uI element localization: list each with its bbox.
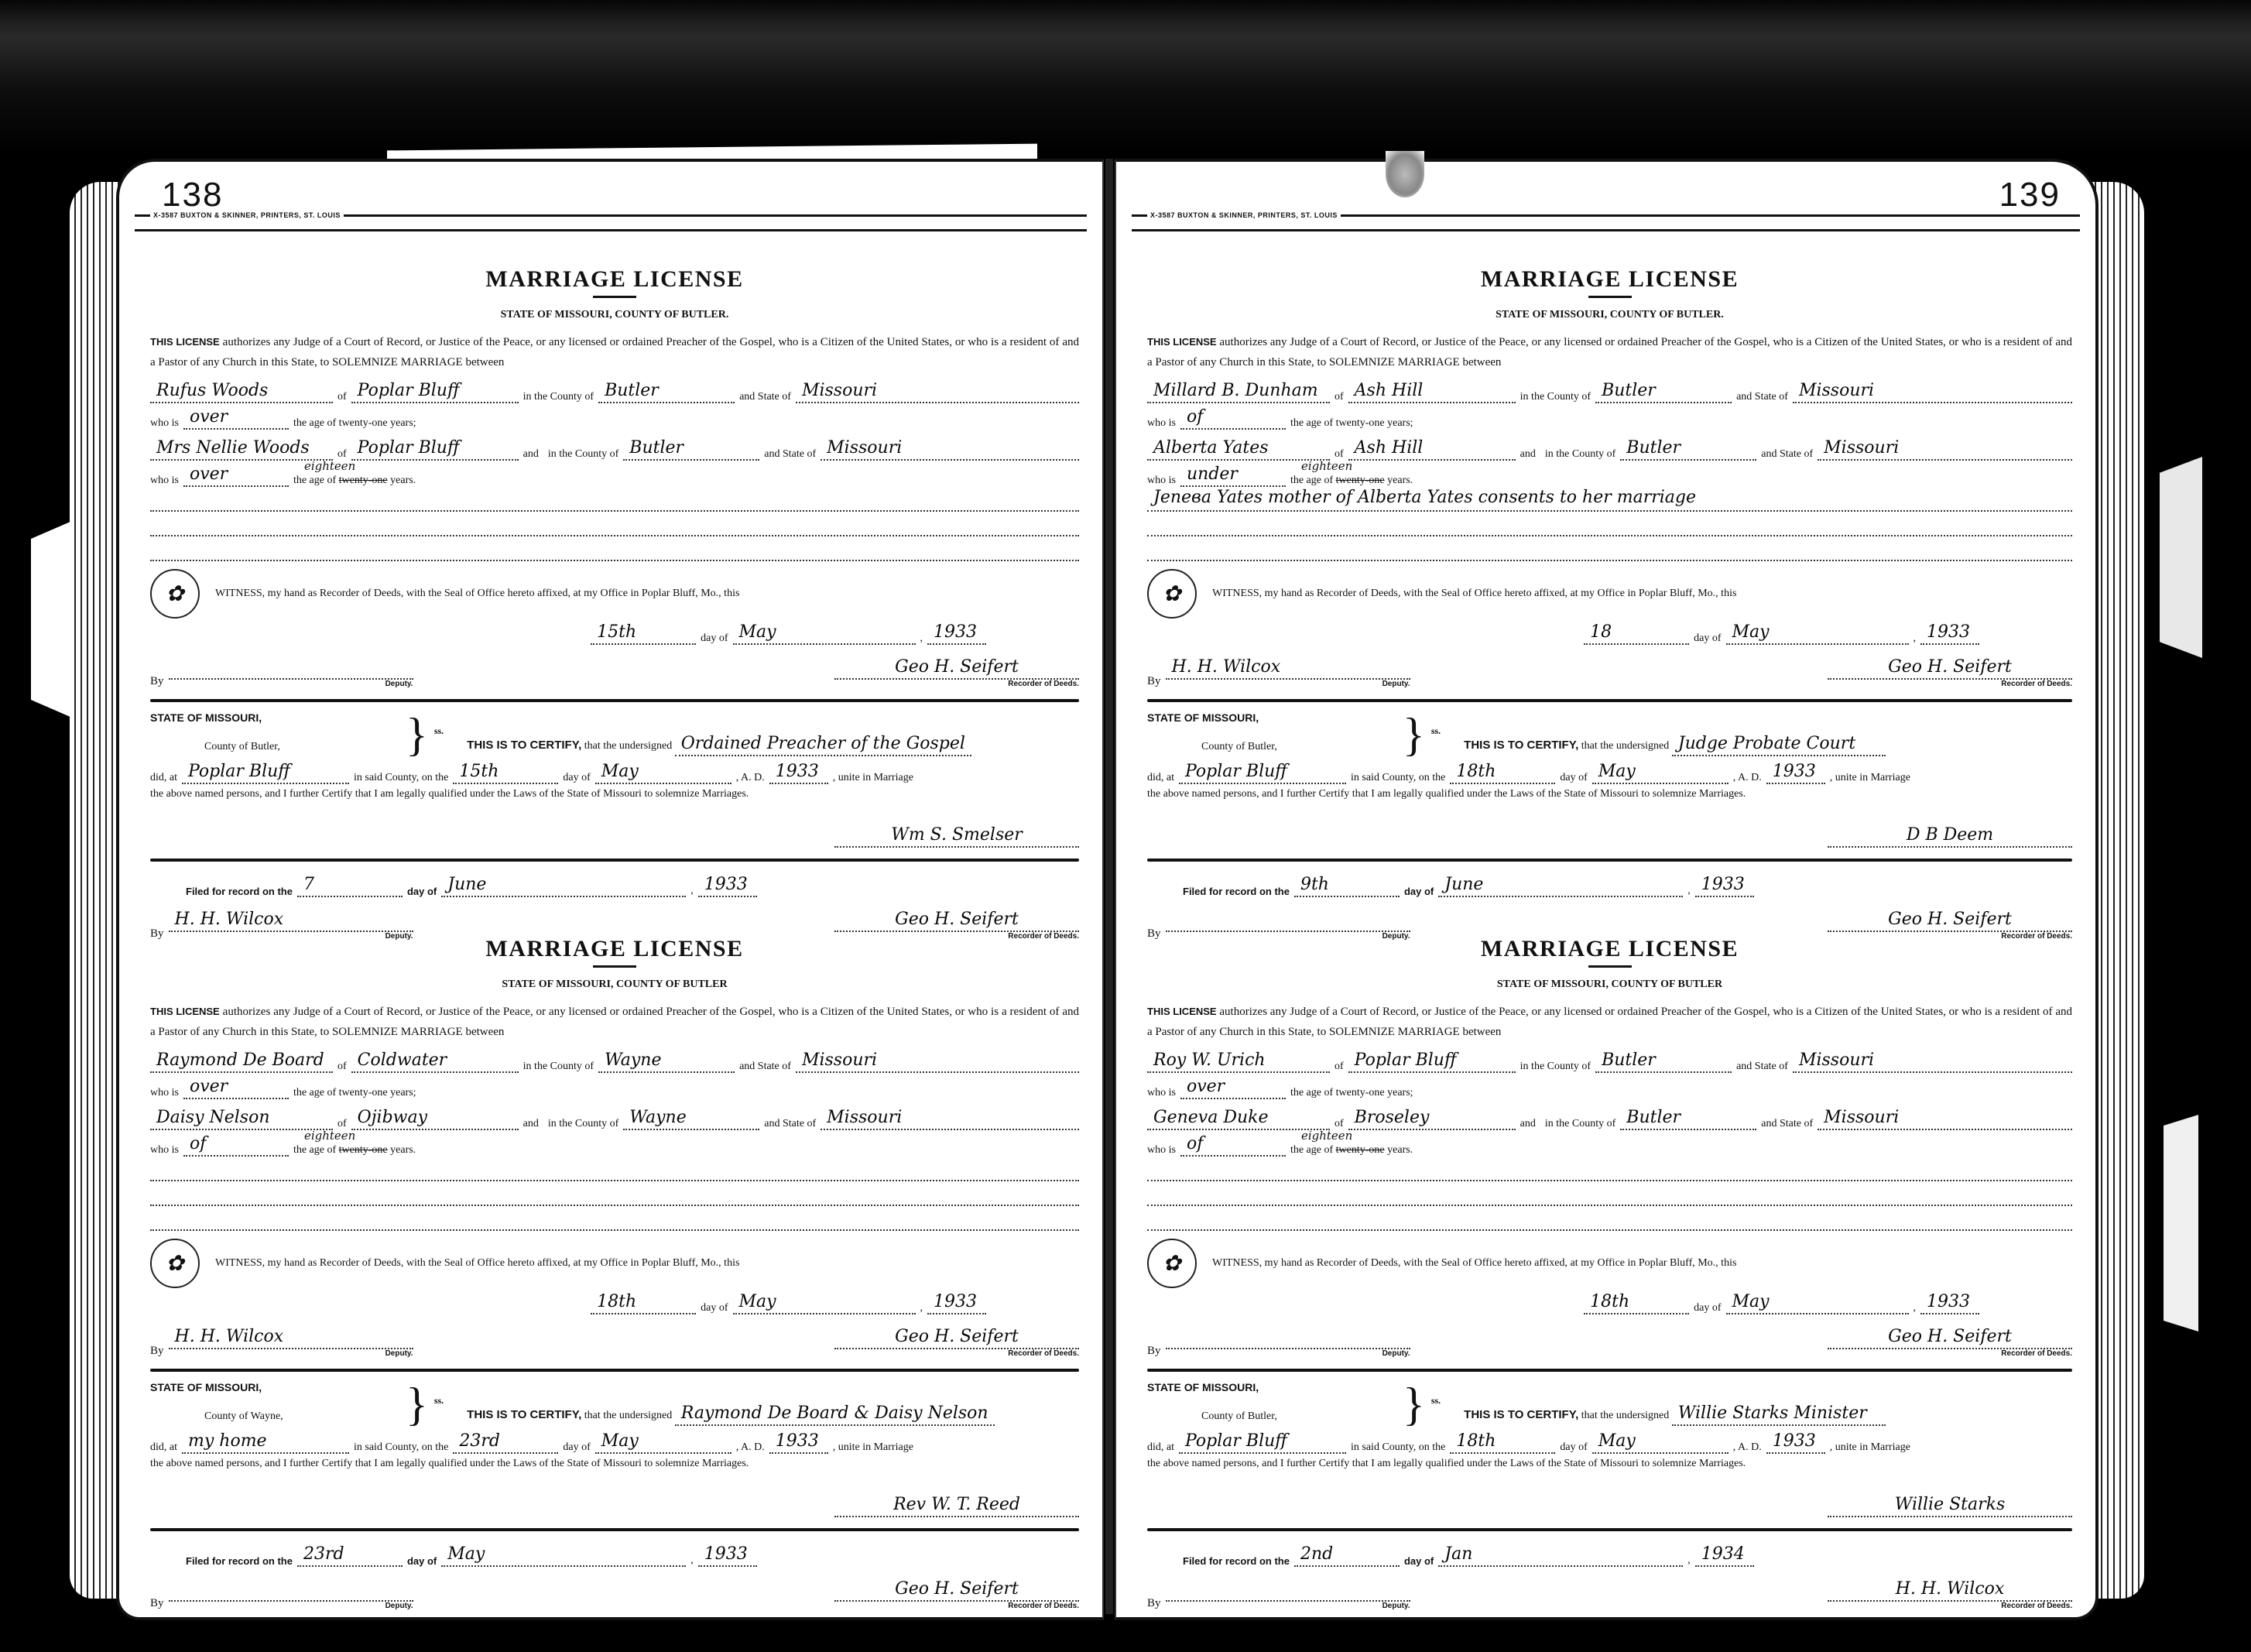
consent-line xyxy=(150,487,1079,512)
bride-county: Wayne xyxy=(623,1107,759,1130)
printer-imprint: X-3587 BUXTON & SKINNER, PRINTERS, ST. L… xyxy=(1147,211,1341,219)
witness-signatures: By H. H. Wilcox Deputy. Geo H. Seifert R… xyxy=(150,1319,1079,1358)
consent-line: Jenева Yates mother of Alberta Yates con… xyxy=(1147,487,2072,512)
marriage-license-form: MARRIAGE LICENSE STATE OF MISSOURI, COUN… xyxy=(1147,936,2072,1610)
blank-line xyxy=(1147,512,2072,536)
bride-age-line: who is under the age of eighteentwenty-o… xyxy=(1147,461,2072,487)
certificate-date-line: did, at my home in said County, on the 2… xyxy=(150,1428,1079,1454)
brace-icon: } xyxy=(406,1381,428,1428)
officiant-signature: Willie Starks xyxy=(1828,1494,2072,1517)
groom-name: Roy W. Urich xyxy=(1147,1050,1330,1073)
filed-line: Filed for record on the 9th day of June … xyxy=(1147,871,2072,897)
form-subtitle: STATE OF MISSOURI, COUNTY OF BUTLER xyxy=(1147,979,2072,991)
groom-state: Missouri xyxy=(1793,380,2072,403)
groom-age-qualifier: over xyxy=(183,1076,289,1099)
brace-icon: } xyxy=(1403,711,1425,758)
marriage-license-form: MARRIAGE LICENSE STATE OF MISSOURI, COUN… xyxy=(150,936,1079,1610)
bride-line: Alberta Yates of Ash Hill and in the Cou… xyxy=(1147,430,2072,461)
groom-county: Butler xyxy=(598,380,735,403)
deputy-signature xyxy=(169,678,413,680)
witness-date: 15th day of May , 1933 xyxy=(150,619,1079,645)
officiant-signature-row: D B Deem xyxy=(1147,809,2072,848)
section-divider xyxy=(1147,1369,2072,1372)
filed-line: Filed for record on the 2nd day of Jan ,… xyxy=(1147,1541,2072,1567)
form-subtitle: STATE OF MISSOURI, COUNTY OF BUTLER. xyxy=(1147,309,2072,321)
filed-signatures: By Deputy. Geo H. Seifert Recorder of De… xyxy=(1147,902,2072,941)
bride-state: Missouri xyxy=(821,1107,1079,1130)
certificate-date-line: did, at Poplar Bluff in said County, on … xyxy=(1147,758,2072,784)
officiant-signature: D B Deem xyxy=(1828,824,2072,848)
bride-age-qualifier: of xyxy=(1180,1133,1286,1157)
bride-county: Butler xyxy=(623,437,759,461)
officiant-signature: Rev W. T. Reed xyxy=(834,1494,1079,1517)
officiant-title: Ordained Preacher of the Gospel xyxy=(675,733,971,756)
age-correction: eighteen xyxy=(1301,1129,1352,1143)
recorder-seal-icon: ✿ xyxy=(150,1239,200,1288)
officiant-signature-row: Willie Starks xyxy=(1147,1479,2072,1517)
marriage-license-form: MARRIAGE LICENSE STATE OF MISSOURI, COUN… xyxy=(150,266,1079,941)
deputy-signature: H. H. Wilcox xyxy=(1166,656,1410,680)
bride-name: Alberta Yates xyxy=(1147,437,1330,461)
bride-line: Daisy Nelson of Ojibway and in the Count… xyxy=(150,1099,1079,1130)
recorder-signature: Geo H. Seifert xyxy=(1828,1326,2072,1349)
groom-residence: Coldwater xyxy=(351,1050,519,1073)
form-subtitle: STATE OF MISSOURI, COUNTY OF BUTLER. xyxy=(150,309,1079,321)
page-left: 138X-3587 BUXTON & SKINNER, PRINTERS, ST… xyxy=(116,159,1104,1620)
scan-background xyxy=(0,0,2251,155)
witness-block: ✿ WITNESS, my hand as Recorder of Deeds,… xyxy=(150,1239,1079,1288)
age-correction: eighteen xyxy=(304,459,355,473)
section-divider xyxy=(150,859,1079,862)
witness-signatures: By Deputy. Geo H. Seifert Recorder of De… xyxy=(1147,1319,2072,1358)
recorder-seal-icon: ✿ xyxy=(1147,569,1197,619)
filed-signatures: By Deputy. H. H. Wilcox Recorder of Deed… xyxy=(1147,1571,2072,1610)
groom-age-qualifier: over xyxy=(183,406,289,430)
age-correction: eighteen xyxy=(1301,459,1352,473)
deputy-signature: H. H. Wilcox xyxy=(169,1326,413,1349)
title-rule xyxy=(593,965,636,968)
title-rule xyxy=(1588,296,1632,298)
brace-icon: } xyxy=(406,711,428,758)
groom-residence: Poplar Bluff xyxy=(351,380,519,403)
section-divider xyxy=(150,699,1079,702)
certificate-block: STATE OF MISSOURI, County of Butler, } s… xyxy=(1147,1381,2072,1428)
blank-line xyxy=(150,1206,1079,1231)
bride-age-qualifier: over xyxy=(183,464,289,487)
book-spine xyxy=(1105,159,1113,1614)
recorder-signature: Geo H. Seifert xyxy=(834,1326,1079,1349)
license-preamble: THIS LICENSE authorizes any Judge of a C… xyxy=(150,332,1079,372)
certificate-block: STATE OF MISSOURI, County of Butler, } s… xyxy=(1147,711,2072,758)
witness-block: ✿ WITNESS, my hand as Recorder of Deeds,… xyxy=(150,569,1079,619)
bride-state: Missouri xyxy=(1818,437,2072,461)
groom-state: Missouri xyxy=(1793,1050,2072,1073)
groom-residence: Ash Hill xyxy=(1348,380,1516,403)
section-divider xyxy=(1147,699,2072,702)
witness-signatures: By Deputy. Geo H. Seifert Recorder of De… xyxy=(150,649,1079,688)
bride-state: Missouri xyxy=(1818,1107,2072,1130)
title-rule xyxy=(593,296,636,298)
bride-county: Butler xyxy=(1620,1107,1756,1130)
deputy-signature xyxy=(1166,1348,1410,1349)
groom-state: Missouri xyxy=(796,1050,1079,1073)
witness-block: ✿ WITNESS, my hand as Recorder of Deeds,… xyxy=(1147,1239,2072,1288)
age-correction: eighteen xyxy=(304,1129,355,1143)
groom-county: Butler xyxy=(1595,380,1732,403)
officiant-title: Willie Starks Minister xyxy=(1672,1403,1886,1426)
groom-state: Missouri xyxy=(796,380,1079,403)
form-title: MARRIAGE LICENSE xyxy=(150,266,1079,293)
section-divider xyxy=(1147,1528,2072,1531)
groom-line: Raymond De Board of Coldwater in the Cou… xyxy=(150,1042,1079,1073)
witness-date: 18 day of May , 1933 xyxy=(1147,619,2072,645)
groom-age-line: who is of the age of twenty-one years; xyxy=(1147,403,2072,430)
bride-line: Geneva Duke of Broseley and in the Count… xyxy=(1147,1099,2072,1130)
certificate-block: STATE OF MISSOURI, County of Butler, } s… xyxy=(150,711,1079,758)
bride-age-qualifier: of xyxy=(183,1133,289,1157)
printer-imprint: X-3587 BUXTON & SKINNER, PRINTERS, ST. L… xyxy=(150,211,344,219)
officiant-signature-row: Rev W. T. Reed xyxy=(150,1479,1079,1517)
bride-residence: Ojibway xyxy=(351,1107,519,1130)
bride-residence: Broseley xyxy=(1348,1107,1516,1130)
groom-line: Roy W. Urich of Poplar Bluff in the Coun… xyxy=(1147,1042,2072,1073)
bride-age-qualifier: under xyxy=(1180,464,1286,487)
section-divider xyxy=(150,1369,1079,1372)
officiant-title: Judge Probate Court xyxy=(1672,733,1886,756)
blank-line xyxy=(1147,1181,2072,1206)
form-title: MARRIAGE LICENSE xyxy=(1147,936,2072,962)
groom-county: Wayne xyxy=(598,1050,735,1073)
groom-age-line: who is over the age of twenty-one years; xyxy=(1147,1073,2072,1099)
license-preamble: THIS LICENSE authorizes any Judge of a C… xyxy=(1147,332,2072,372)
filed-signatures: By Deputy. Geo H. Seifert Recorder of De… xyxy=(150,1571,1079,1610)
recorder-seal-icon: ✿ xyxy=(1147,1239,1197,1288)
groom-county: Butler xyxy=(1595,1050,1732,1073)
groom-age-qualifier: of xyxy=(1180,406,1286,430)
bride-name: Geneva Duke xyxy=(1147,1107,1330,1130)
page-number: 138 xyxy=(162,176,223,214)
groom-age-line: who is over the age of twenty-one years; xyxy=(150,1073,1079,1099)
form-title: MARRIAGE LICENSE xyxy=(150,936,1079,962)
bride-residence: Ash Hill xyxy=(1348,437,1516,461)
marriage-license-form: MARRIAGE LICENSE STATE OF MISSOURI, COUN… xyxy=(1147,266,2072,941)
witness-signatures: By H. H. Wilcox Deputy. Geo H. Seifert R… xyxy=(1147,649,2072,688)
groom-name: Millard B. Dunham xyxy=(1147,380,1330,403)
bride-county: Butler xyxy=(1620,437,1756,461)
officiant-signature: Wm S. Smelser xyxy=(834,824,1079,848)
section-divider xyxy=(1147,859,2072,862)
filed-signatures: By H. H. Wilcox Deputy. Geo H. Seifert R… xyxy=(150,902,1079,941)
section-divider xyxy=(150,1528,1079,1531)
bride-line: Mrs Nellie Woods of Poplar Bluff and in … xyxy=(150,430,1079,461)
bride-residence: Poplar Bluff xyxy=(351,437,519,461)
scan-margin-light-right-lower xyxy=(2164,1115,2198,1332)
officiant-title: Raymond De Board & Daisy Nelson xyxy=(675,1403,995,1426)
blank-line xyxy=(1147,536,2072,561)
groom-name: Raymond De Board xyxy=(150,1050,333,1073)
groom-line: Millard B. Dunham of Ash Hill in the Cou… xyxy=(1147,372,2072,403)
page-right: 139X-3587 BUXTON & SKINNER, PRINTERS, ST… xyxy=(1115,159,2099,1620)
brace-icon: } xyxy=(1403,1381,1425,1428)
groom-age-qualifier: over xyxy=(1180,1076,1286,1099)
page-tab-marker xyxy=(1386,151,1424,197)
consent-line xyxy=(1147,1157,2072,1181)
recorder-signature: Geo H. Seifert xyxy=(834,656,1079,680)
scan-margin-light-right xyxy=(2160,457,2202,658)
certificate-date-line: did, at Poplar Bluff in said County, on … xyxy=(1147,1428,2072,1454)
witness-date: 18th day of May , 1933 xyxy=(150,1288,1079,1314)
certificate-block: STATE OF MISSOURI, County of Wayne, } ss… xyxy=(150,1381,1079,1428)
form-subtitle: STATE OF MISSOURI, COUNTY OF BUTLER xyxy=(150,979,1079,991)
blank-line xyxy=(150,512,1079,536)
recorder-signature: Geo H. Seifert xyxy=(1828,656,2072,680)
groom-line: Rufus Woods of Poplar Bluff in the Count… xyxy=(150,372,1079,403)
consent-line xyxy=(150,1157,1079,1181)
filed-line: Filed for record on the 7 day of June , … xyxy=(150,871,1079,897)
license-preamble: THIS LICENSE authorizes any Judge of a C… xyxy=(1147,1002,2072,1042)
bride-age-line: who is of the age of eighteentwenty-one … xyxy=(150,1130,1079,1157)
record-book: 138X-3587 BUXTON & SKINNER, PRINTERS, ST… xyxy=(116,159,2098,1622)
bride-age-line: who is over the age of eighteentwenty-on… xyxy=(150,461,1079,487)
license-preamble: THIS LICENSE authorizes any Judge of a C… xyxy=(150,1002,1079,1042)
form-title: MARRIAGE LICENSE xyxy=(1147,266,2072,293)
bride-age-line: who is of the age of eighteentwenty-one … xyxy=(1147,1130,2072,1157)
bride-name: Daisy Nelson xyxy=(150,1107,333,1130)
blank-line xyxy=(150,1181,1079,1206)
bride-name: Mrs Nellie Woods xyxy=(150,437,333,461)
witness-block: ✿ WITNESS, my hand as Recorder of Deeds,… xyxy=(1147,569,2072,619)
witness-date: 18th day of May , 1933 xyxy=(1147,1288,2072,1314)
bride-state: Missouri xyxy=(821,437,1079,461)
title-rule xyxy=(1588,965,1632,968)
blank-line xyxy=(150,536,1079,561)
certificate-date-line: did, at Poplar Bluff in said County, on … xyxy=(150,758,1079,784)
groom-residence: Poplar Bluff xyxy=(1348,1050,1516,1073)
officiant-signature-row: Wm S. Smelser xyxy=(150,809,1079,848)
blank-line xyxy=(1147,1206,2072,1231)
recorder-seal-icon: ✿ xyxy=(150,569,200,619)
groom-name: Rufus Woods xyxy=(150,380,333,403)
filed-line: Filed for record on the 23rd day of May … xyxy=(150,1541,1079,1567)
page-number: 139 xyxy=(1999,176,2061,214)
groom-age-line: who is over the age of twenty-one years; xyxy=(150,403,1079,430)
